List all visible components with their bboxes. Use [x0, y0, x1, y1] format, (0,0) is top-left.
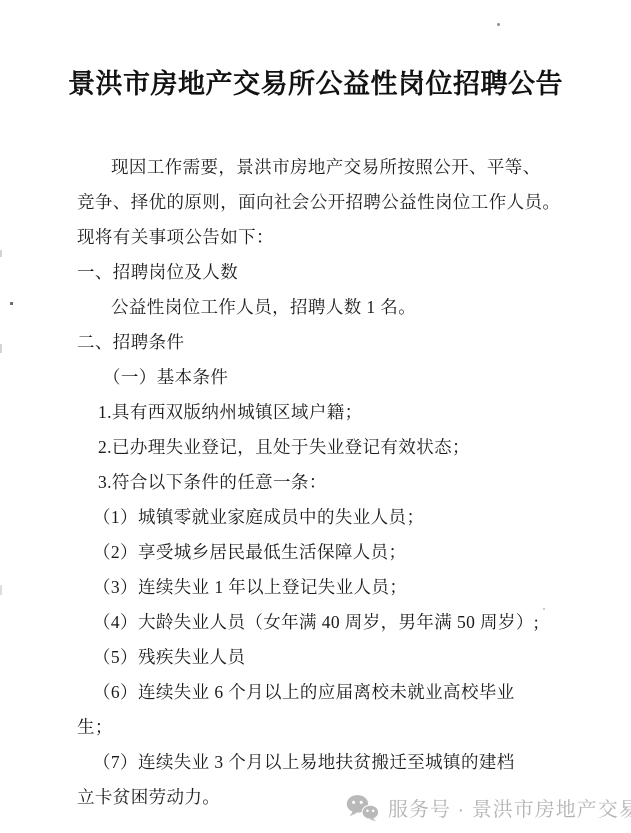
document-line: 生； [77, 710, 577, 745]
document-body: 现因工作需要，景洪市房地产交易所按照公开、平等、竞争、择优的原则，面向社会公开招… [77, 150, 577, 815]
document-page: 景洪市房地产交易所公益性岗位招聘公告 现因工作需要，景洪市房地产交易所按照公开、… [0, 0, 631, 833]
scan-artifact [0, 250, 2, 257]
document-line: （5）残疾失业人员 [77, 640, 577, 675]
document-line: （6）连续失业 6 个月以上的应届离校未就业高校毕业 [77, 675, 577, 710]
watermark-text: 服务号 · 景洪市房地产交易所 [388, 793, 631, 822]
document-line: （7）连续失业 3 个月以上易地扶贫搬迁至城镇的建档 [77, 745, 577, 780]
document-line: 现将有关事项公告如下： [77, 220, 577, 255]
scan-artifact [0, 585, 2, 595]
scan-artifact [0, 344, 2, 353]
document-line: （一）基本条件 [77, 360, 577, 395]
document-line: 一、招聘岗位及人数 [77, 255, 577, 290]
document-line: （4）大龄失业人员（女年满 40 周岁，男年满 50 周岁）; [77, 605, 577, 640]
scan-artifact [10, 302, 13, 305]
document-line: 2.已办理失业登记，且处于失业登记有效状态； [77, 430, 577, 465]
document-line: 竞争、择优的原则，面向社会公开招聘公益性岗位工作人员。 [77, 185, 577, 220]
document-line: （3）连续失业 1 年以上登记失业人员； [77, 570, 577, 605]
scan-artifact [543, 608, 545, 610]
page-title: 景洪市房地产交易所公益性岗位招聘公告 [0, 62, 631, 101]
scan-artifact [497, 23, 500, 26]
document-line: 公益性岗位工作人员，招聘人数 1 名。 [77, 290, 577, 325]
document-line: 现因工作需要，景洪市房地产交易所按照公开、平等、 [77, 150, 577, 185]
document-line: （1）城镇零就业家庭成员中的失业人员； [77, 500, 577, 535]
document-line: （2）享受城乡居民最低生活保障人员； [77, 535, 577, 570]
document-line: 1.具有西双版纳州城镇区域户籍； [77, 395, 577, 430]
document-line: 二、招聘条件 [77, 325, 577, 360]
wechat-icon [346, 794, 379, 822]
document-line: 3.符合以下条件的任意一条： [77, 465, 577, 500]
wechat-watermark: 服务号 · 景洪市房地产交易所 [346, 793, 631, 822]
